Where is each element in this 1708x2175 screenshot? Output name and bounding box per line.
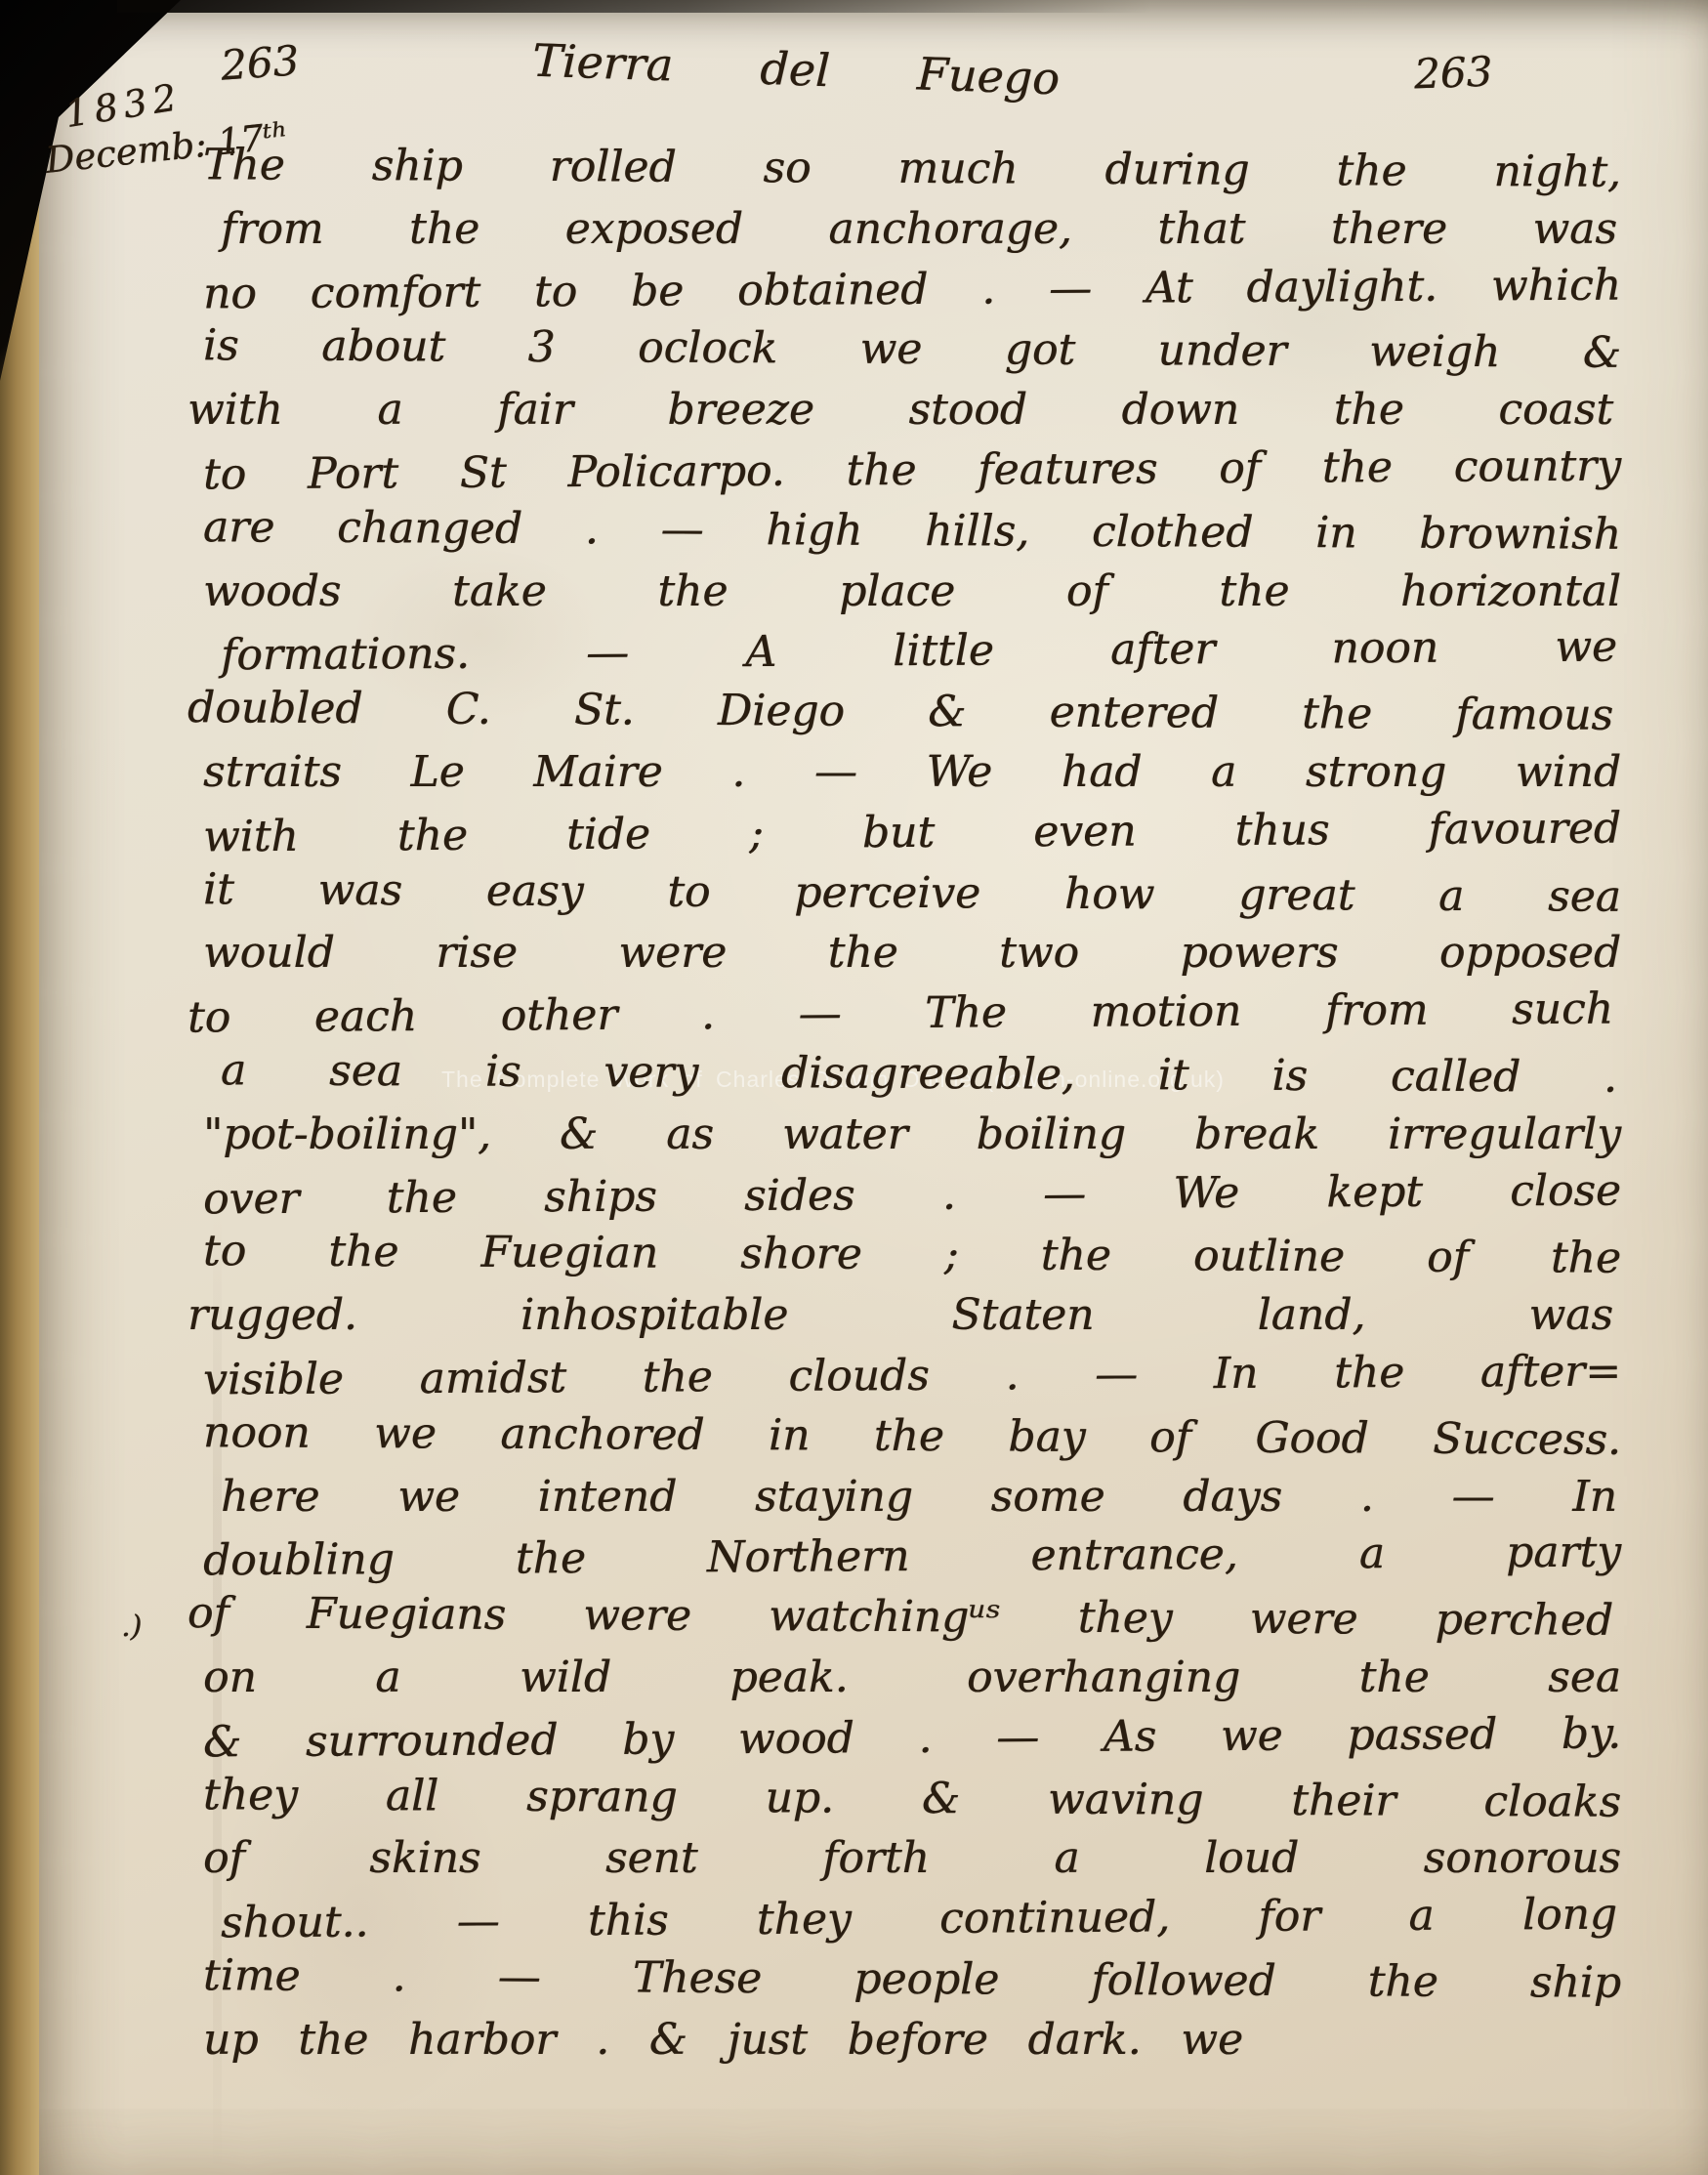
page-number-left: 263 <box>219 36 300 89</box>
manuscript-line: woods take the place of the horizontal <box>203 562 1621 622</box>
manuscript-line: is about 3 oclock we got under weigh & <box>203 316 1621 384</box>
manuscript-line: with the tide ; but even thus favoured <box>203 798 1621 867</box>
manuscript-line: to the Fuegian shore ; the outline of th… <box>203 1222 1621 1289</box>
manuscript-line: would rise were the two powers opposed <box>203 923 1621 983</box>
manuscript-line: it was easy to perceive how great a sea <box>203 859 1621 927</box>
diary-entry-text: The ship rolled so much during the night… <box>203 139 1621 2070</box>
manuscript-line: formations. — A little after noon we <box>221 617 1617 687</box>
manuscript-line: a sea is very disagreeable, it is called… <box>221 1040 1617 1108</box>
manuscript-line: of skins sent forth a loud sonorous <box>203 1828 1621 1889</box>
manuscript-line: they all sprang up. & waving their cloak… <box>203 1765 1621 1832</box>
manuscript-line: to Port St Policarpo. the features of th… <box>203 437 1621 506</box>
manuscript-line: time . — These people followed the ship <box>203 1945 1621 2013</box>
manuscript-line: of Fuegians were watchingᵘˢ they were pe… <box>187 1583 1613 1651</box>
manuscript-line: no comfort to be obtained . — At dayligh… <box>203 255 1621 324</box>
manuscript-line: straits Le Maire . — We had a strong win… <box>203 742 1621 803</box>
manuscript-line: The ship rolled so much during the night… <box>203 135 1621 202</box>
manuscript-line: are changed . — high hills, clothed in b… <box>203 497 1621 565</box>
manuscript-line: "pot-boiling", & as water boiling break … <box>203 1105 1621 1165</box>
manuscript-line: from the exposed anchorage, that there w… <box>221 199 1617 260</box>
book-cover-top-edge <box>117 0 1152 13</box>
manuscript-line: doubling the Northern entrance, a party <box>203 1523 1621 1592</box>
manuscript-line: here we intend staying some days . — In <box>221 1467 1617 1527</box>
manuscript-line: rugged. inhospitable Staten land, was <box>187 1285 1613 1346</box>
manuscript-line: & surrounded by wood . — As we passed by… <box>203 1703 1621 1773</box>
manuscript-line: over the ships sides . — We kept close <box>203 1160 1621 1230</box>
manuscript-line: visible amidst the clouds . — In the aft… <box>203 1342 1621 1411</box>
manuscript-line: noon we anchored in the bay of Good Succ… <box>203 1402 1621 1470</box>
manuscript-line: shout.. — this they continued, for a lon… <box>221 1885 1617 1954</box>
manuscript-line: on a wild peak. overhanging the sea <box>203 1648 1621 1708</box>
page-number-right: 263 <box>1413 48 1493 99</box>
manuscript-line: to each other . — The motion from such <box>187 980 1613 1049</box>
manuscript-line: doubled C. St. Diego & entered the famou… <box>187 678 1613 745</box>
manuscript-line: up the harbor . & just before dark. we <box>203 2010 1243 2070</box>
manuscript-photo: The Complete Work of Charles Darwin Onli… <box>0 0 1708 2175</box>
manuscript-line: with a fair breeze stood down the coast <box>187 380 1613 440</box>
margin-annotation-mark: .) <box>121 1610 142 1644</box>
